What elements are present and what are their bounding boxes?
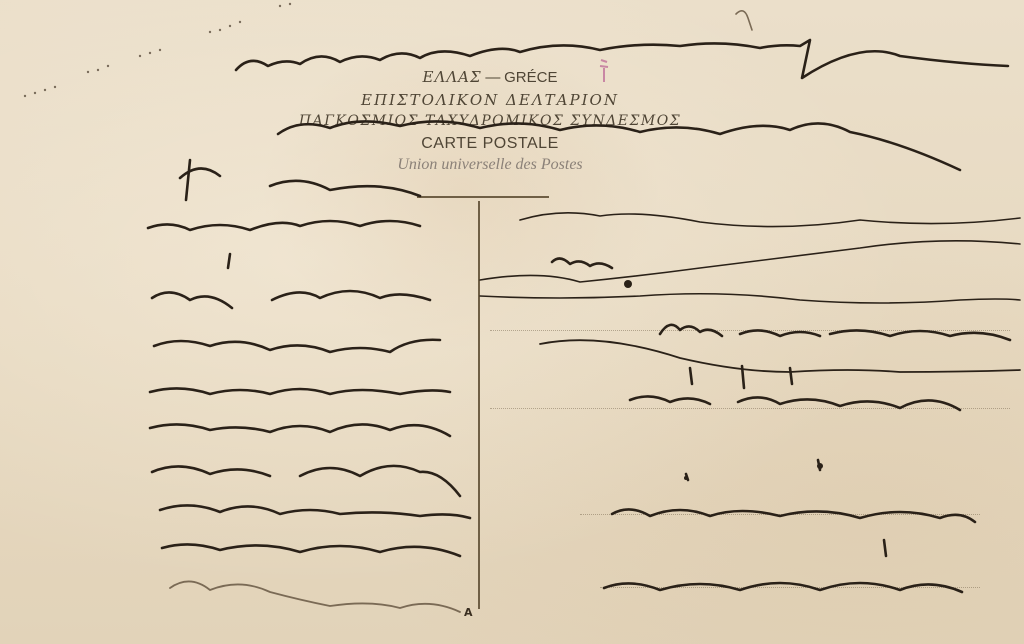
handwriting-stroke (180, 160, 420, 200)
handwriting-stroke (736, 11, 752, 30)
handwriting-stroke (520, 213, 1020, 227)
handwriting-stroke (228, 254, 230, 268)
handwriting-stroke (170, 581, 460, 612)
handwriting-stroke (480, 241, 1020, 282)
handwriting-stroke (630, 396, 960, 410)
handwriting-stroke (160, 505, 470, 518)
handwriting-stroke (236, 40, 1008, 78)
handwriting-stroke (150, 388, 450, 394)
handwriting-stroke (690, 366, 792, 388)
handwriting-stroke (480, 294, 1020, 303)
handwriting-stroke (612, 509, 975, 522)
handwriting-stroke (148, 221, 420, 230)
handwriting-stroke (278, 121, 960, 170)
handwriting-stroke (154, 340, 440, 352)
handwriting-stroke (686, 460, 886, 556)
handwriting-layer (0, 0, 1024, 644)
handwriting-stroke (150, 424, 450, 436)
handwriting-stroke (162, 544, 460, 556)
handwriting-stroke (604, 583, 962, 592)
handwriting-stroke (152, 291, 430, 308)
handwriting-stroke (152, 466, 460, 496)
handwriting-stroke (540, 340, 1020, 372)
handwriting-stroke (660, 325, 1010, 340)
postcard-back: ΕΛΛΑΣ — GRÉCE ΕΠΙΣΤΟΛΙΚΟΝ ΔΕΛΤΑΡΙΟΝ ΠΑΓΚ… (0, 0, 1024, 644)
handwriting-stroke (552, 258, 612, 268)
